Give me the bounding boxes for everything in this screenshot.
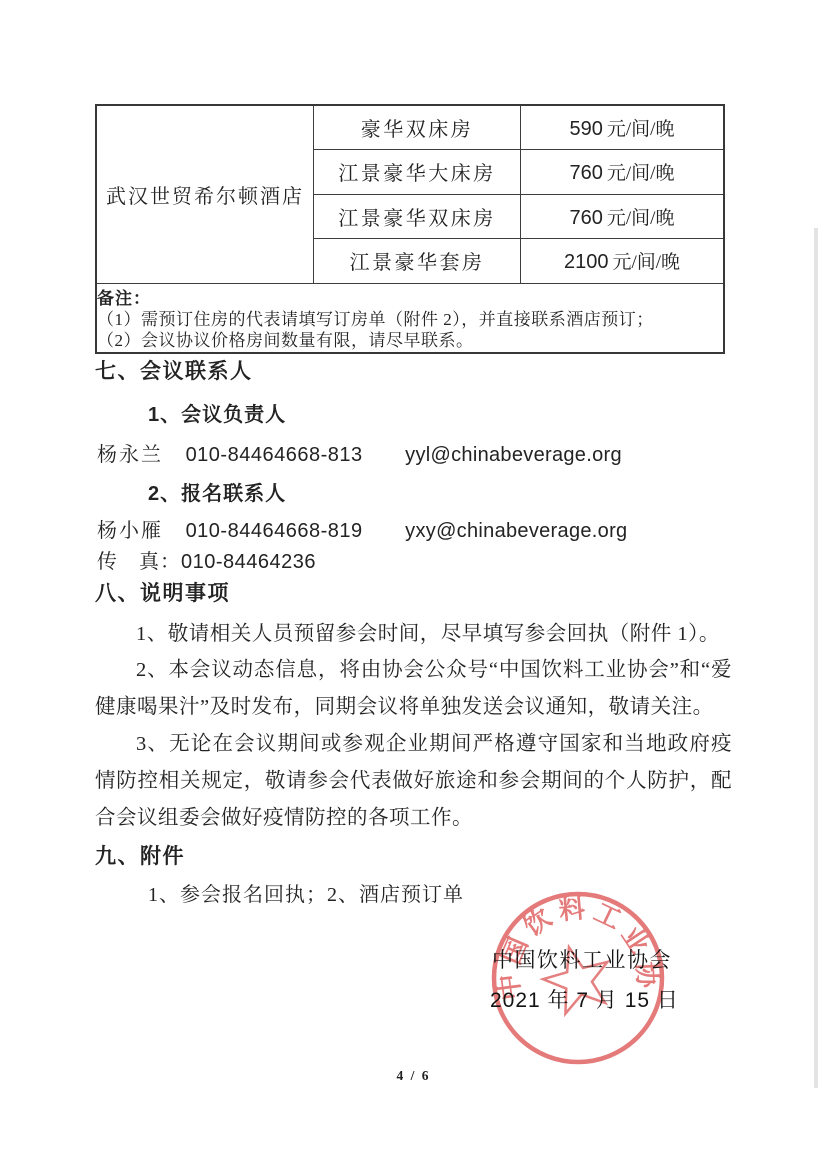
price-unit: 元/间/晚 [607,208,675,229]
fax-line: 传 真：010-84464236 [97,545,316,574]
room-type: 江景豪华套房 [350,252,485,274]
page-number: 4 / 6 [0,1068,827,1084]
notes-label: 备注： [97,284,723,309]
room-type: 豪华双床房 [361,119,474,141]
price-cell: 760元/间/晚 [521,194,725,238]
contact-name: 杨永兰 [97,444,163,466]
price-value: 760 [570,207,603,229]
section-heading-instructions: 八、说明事项 [95,577,230,607]
hotel-name: 武汉世贸希尔顿酒店 [106,186,304,208]
note-line-2: （2）会议协议价格房间数量有限，请尽早联系。 [97,330,723,352]
price-unit: 元/间/晚 [607,163,675,184]
signature-date: 2021 年 7 月 15 日 [490,984,679,1014]
contact-email: yxy@chinabeverage.org [405,520,627,542]
subheading-registration-contact: 2、报名联系人 [148,477,286,506]
fax-number: 010-84464236 [181,551,316,573]
room-type-cell: 豪华双床房 [314,105,521,149]
price-cell: 590元/间/晚 [521,105,725,149]
table-row: 武汉世贸希尔顿酒店 豪华双床房 590元/间/晚 [96,105,724,149]
section-heading-contacts: 七、会议联系人 [95,355,253,385]
notes-cell: 备注： （1）需预订住房的代表请填写订房单（附件 2），并直接联系酒店预订； （… [96,283,724,353]
price-cell: 2100元/间/晚 [521,238,725,283]
hotel-price-table: 武汉世贸希尔顿酒店 豪华双床房 590元/间/晚 江景豪华大床房 760元/间/… [95,104,725,354]
contact-phone: 010-84464668-813 [186,444,363,466]
room-type: 江景豪华大床房 [338,163,496,185]
fax-label: 传 真： [97,551,181,573]
subheading-conference-lead: 1、会议负责人 [148,398,286,427]
price-unit: 元/间/晚 [607,119,675,140]
instruction-item-2: 2、本会议动态信息，将由协会公众号“中国饮料工业协会”和“爱健康喝果汁”及时发布… [95,652,732,726]
note-line-1: （1）需预订住房的代表请填写订房单（附件 2），并直接联系酒店预订； [97,309,723,331]
room-type-cell: 江景豪华双床房 [314,194,521,238]
hotel-name-cell: 武汉世贸希尔顿酒店 [96,105,314,283]
table-note-row: 备注： （1）需预订住房的代表请填写订房单（附件 2），并直接联系酒店预订； （… [96,283,724,353]
price-value: 590 [570,118,603,140]
scan-edge-artifact [814,228,818,1088]
section-heading-attachments: 九、附件 [95,840,185,870]
instruction-item-1: 1、敬请相关人员预留参会时间，尽早填写参会回执（附件 1）。 [95,616,732,653]
price-cell: 760元/间/晚 [521,149,725,194]
contact-line-signup: 杨小雁 010-84464668-819 yxy@chinabeverage.o… [97,514,627,543]
price-unit: 元/间/晚 [612,252,680,273]
room-type: 江景豪华双床房 [338,208,496,230]
room-type-cell: 江景豪华套房 [314,238,521,283]
contact-name: 杨小雁 [97,520,163,542]
price-value: 760 [570,162,603,184]
contact-line-lead: 杨永兰 010-84464668-813 yyl@chinabeverage.o… [97,438,622,467]
instruction-item-3: 3、无论在会议期间或参观企业期间严格遵守国家和当地政府疫情防控相关规定，敬请参会… [95,726,732,837]
signature-organization: 中国饮料工业协会 [492,944,672,974]
contact-phone: 010-84464668-819 [186,520,363,542]
official-seal-stamp: 中国饮料工业协会 [489,889,667,1067]
document-page: 武汉世贸希尔顿酒店 豪华双床房 590元/间/晚 江景豪华大床房 760元/间/… [0,0,827,1172]
room-type-cell: 江景豪华大床房 [314,149,521,194]
price-value: 2100 [564,251,609,273]
contact-email: yyl@chinabeverage.org [405,444,622,466]
attachments-line: 1、参会报名回执；2、酒店预订单 [148,878,464,907]
